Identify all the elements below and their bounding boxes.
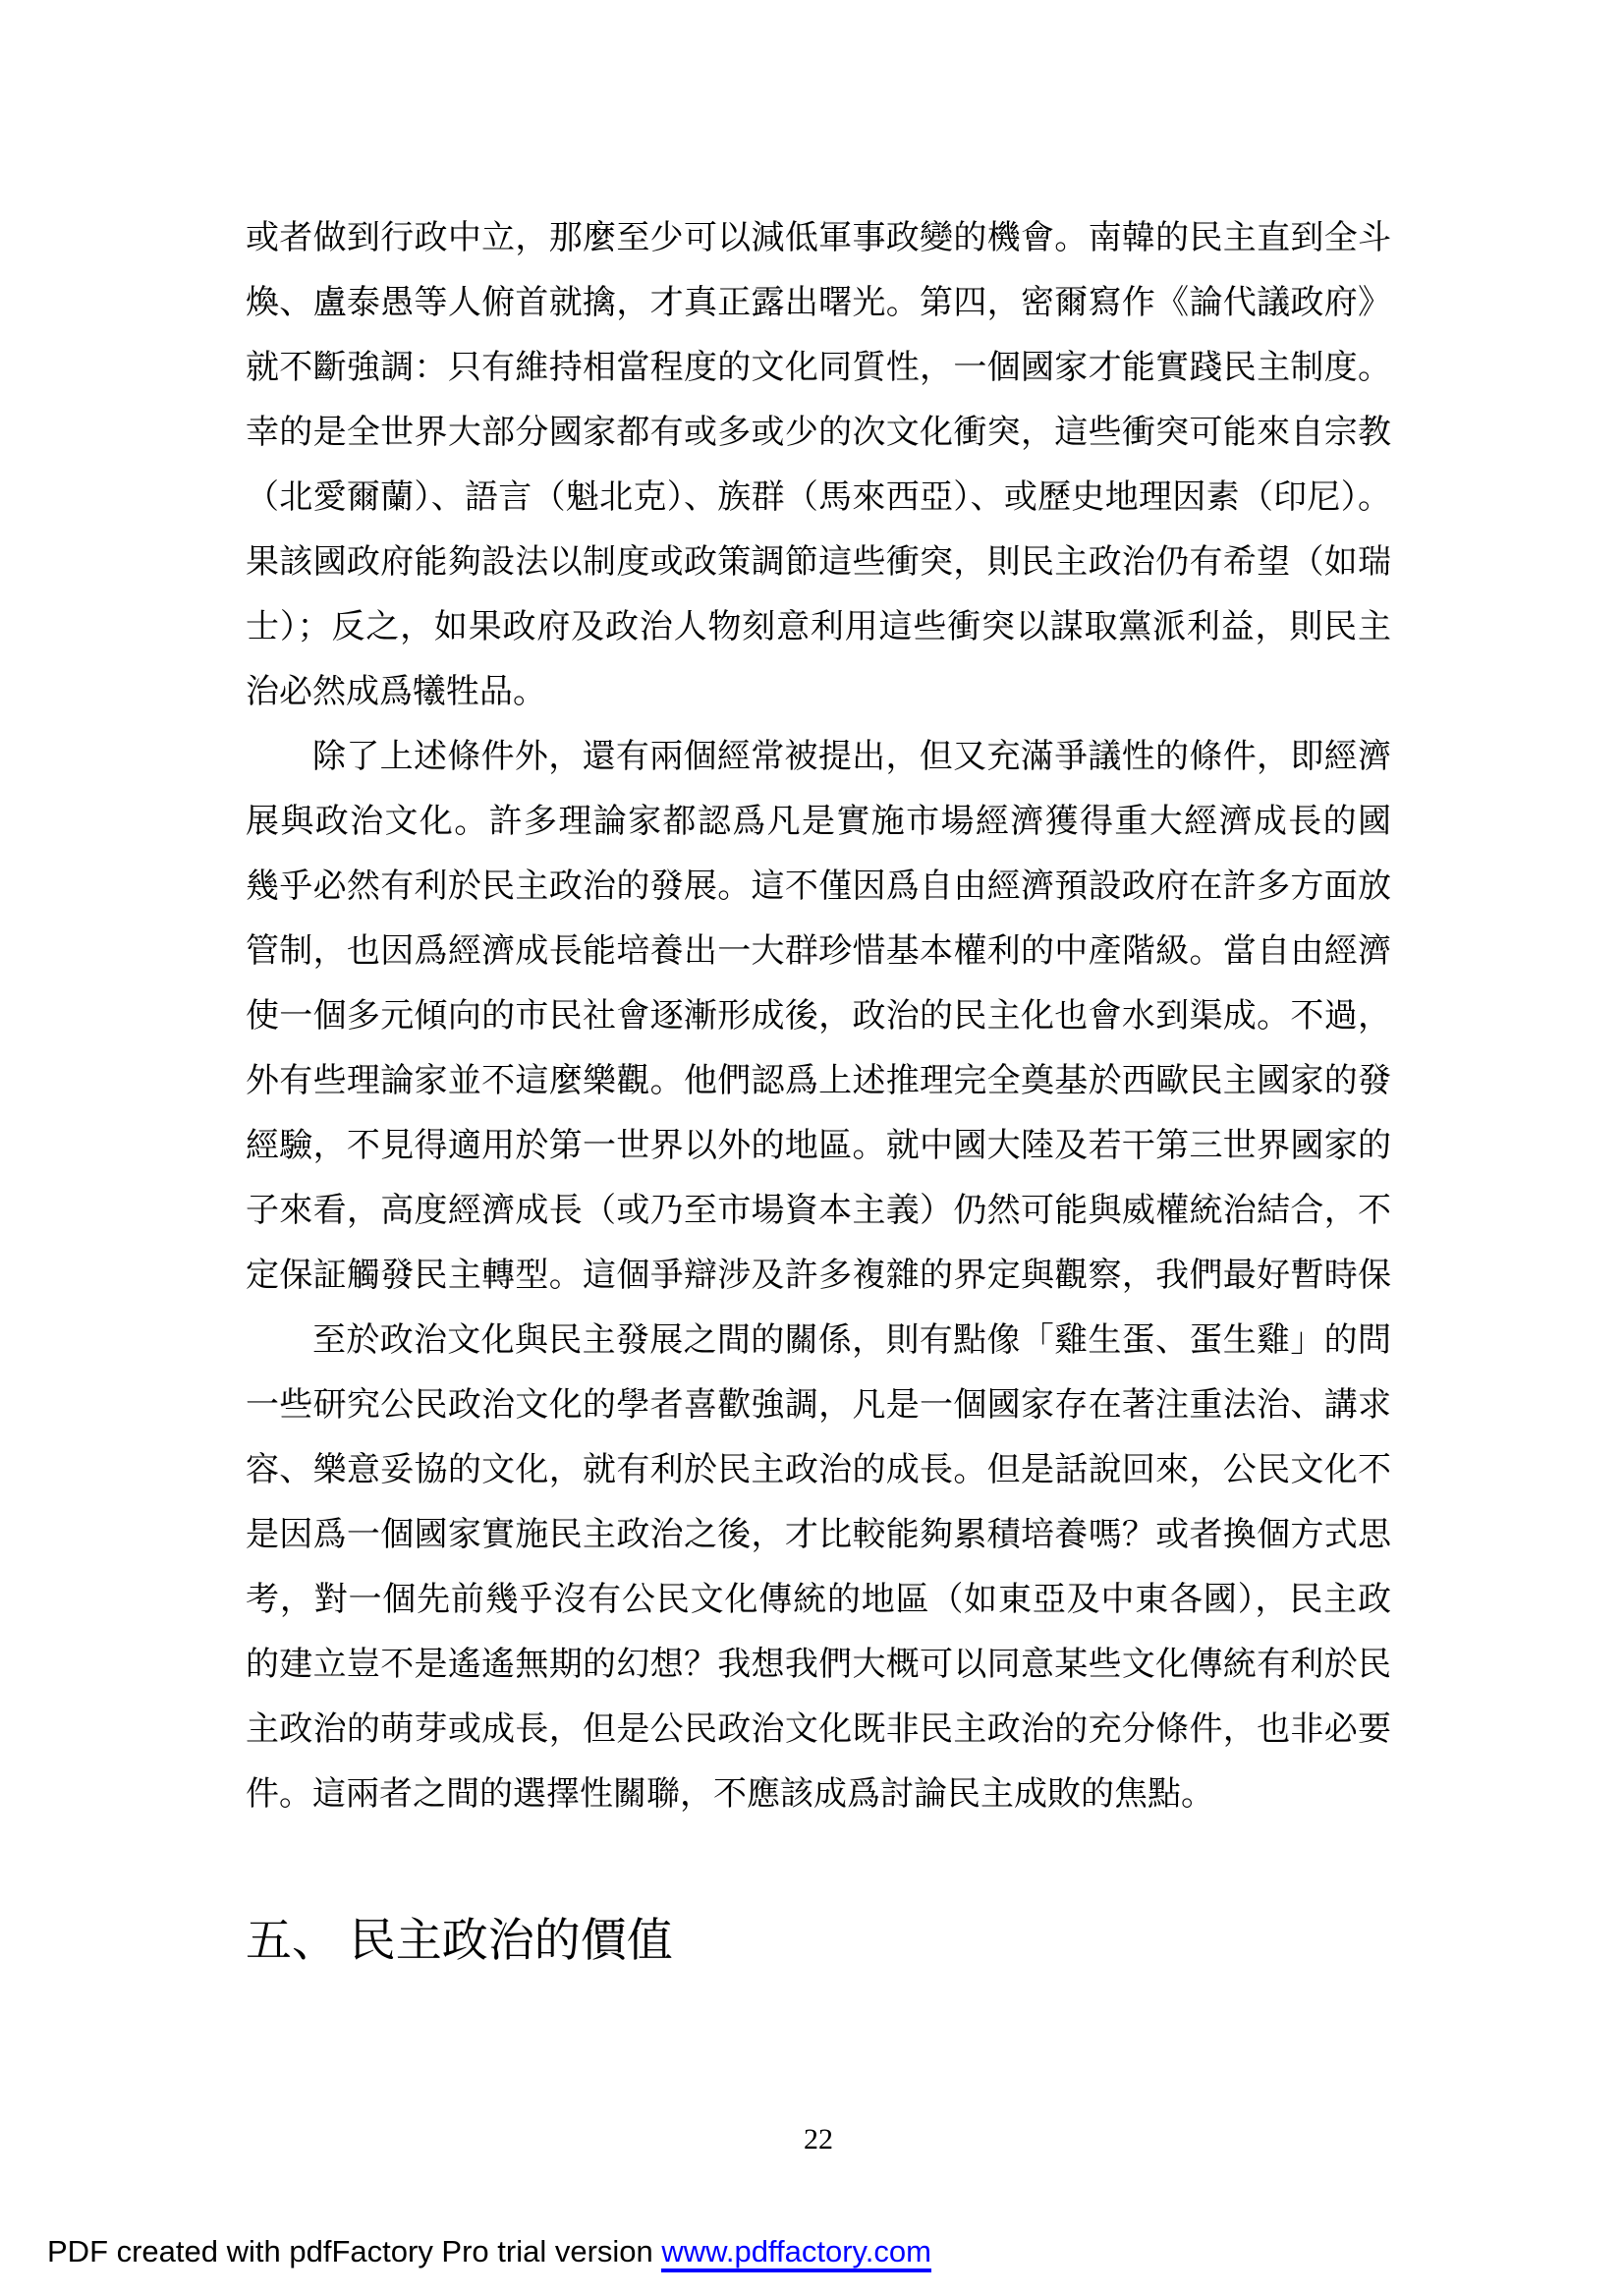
text-line: 治必然成爲犧牲品。 <box>246 660 1391 725</box>
text-line: 或者做到行政中立，那麼至少可以減低軍事政變的機會。南韓的民主直到全斗 <box>246 206 1391 271</box>
footer-text: PDF created with pdfFactory Pro trial ve… <box>47 2234 661 2268</box>
text-line: 展與政治文化。許多理論家都認爲凡是實施市場經濟獲得重大經濟成長的國度， <box>246 790 1391 855</box>
text-line: （北愛爾蘭）、語言（魁北克）、族群（馬來西亞）、或歷史地理因素（印尼）。如 <box>246 466 1391 531</box>
paragraph: 至於政治文化與民主發展之間的關係，則有點像「雞生蛋、蛋生雞」的問題。一些研究公民… <box>246 1309 1391 1827</box>
text-line: 主政治的萌芽或成長，但是公民政治文化既非民主政治的充分條件，也非必要條 <box>246 1698 1391 1763</box>
paragraph: 或者做到行政中立，那麼至少可以減低軍事政變的機會。南韓的民主直到全斗煥、盧泰愚等… <box>246 206 1391 725</box>
text-line: 除了上述條件外，還有兩個經常被提出，但又充滿爭議性的條件，即經濟發 <box>246 725 1391 790</box>
text-line: 一些研究公民政治文化的學者喜歡強調，凡是一個國家存在著注重法治、講求寬 <box>246 1373 1391 1438</box>
text-line: 外有些理論家並不這麼樂觀。他們認爲上述推理完全奠基於西歐民主國家的發展 <box>246 1049 1391 1114</box>
text-line: 煥、盧泰愚等人俯首就擒，才真正露出曙光。第四，密爾寫作《論代議政府》時 <box>246 271 1391 336</box>
pdffactory-footer: PDF created with pdfFactory Pro trial ve… <box>47 2232 931 2271</box>
text-line: 管制，也因爲經濟成長能培養出一大群珍惜基本權利的中產階級。當自由經濟促 <box>246 920 1391 984</box>
pdf-page: 或者做到行政中立，那麼至少可以減低軍事政變的機會。南韓的民主直到全斗煥、盧泰愚等… <box>0 0 1624 2296</box>
text-line: 至於政治文化與民主發展之間的關係，則有點像「雞生蛋、蛋生雞」的問題。 <box>246 1309 1391 1373</box>
text-line: 經驗，不見得適用於第一世界以外的地區。就中國大陸及若干第三世界國家的例 <box>246 1114 1391 1179</box>
text-line: 幾乎必然有利於民主政治的發展。這不僅因爲自由經濟預設政府在許多方面放寬 <box>246 855 1391 920</box>
page-number: 22 <box>246 2122 1391 2157</box>
text-line: 定保証觸發民主轉型。這個爭辯涉及許多複雜的界定與觀察，我們最好暫時保留。 <box>246 1244 1391 1309</box>
text-line: 容、樂意妥協的文化，就有利於民主政治的成長。但是話說回來，公民文化不也 <box>246 1438 1391 1503</box>
text-line: 就不斷強調：只有維持相當程度的文化同質性，一個國家才能實踐民主制度。不 <box>246 336 1391 401</box>
text-line: 考，對一個先前幾乎沒有公民文化傳統的地區（如東亞及中東各國），民主政治 <box>246 1568 1391 1633</box>
text-line: 士）；反之，如果政府及政治人物刻意利用這些衝突以謀取黨派利益，則民主政 <box>246 595 1391 660</box>
text-line: 件。這兩者之間的選擇性關聯，不應該成爲討論民主成敗的焦點。 <box>246 1763 1391 1827</box>
footer-link[interactable]: www.pdffactory.com <box>661 2234 931 2272</box>
section-heading: 五、 民主政治的價值 <box>246 1912 1391 1971</box>
text-line: 子來看，高度經濟成長（或乃至市場資本主義）仍然可能與威權統治結合，不一 <box>246 1179 1391 1244</box>
text-line: 使一個多元傾向的市民社會逐漸形成後，政治的民主化也會水到渠成。不過，另 <box>246 984 1391 1049</box>
document-body: 或者做到行政中立，那麼至少可以減低軍事政變的機會。南韓的民主直到全斗煥、盧泰愚等… <box>246 206 1391 1971</box>
text-line: 幸的是全世界大部分國家都有或多或少的次文化衝突，這些衝突可能來自宗教 <box>246 401 1391 466</box>
paragraph: 除了上述條件外，還有兩個經常被提出，但又充滿爭議性的條件，即經濟發展與政治文化。… <box>246 725 1391 1309</box>
text-line: 的建立豈不是遙遙無期的幻想？我想我們大概可以同意某些文化傳統有利於民 <box>246 1633 1391 1698</box>
paragraphs-container: 或者做到行政中立，那麼至少可以減低軍事政變的機會。南韓的民主直到全斗煥、盧泰愚等… <box>246 206 1391 1827</box>
text-line: 果該國政府能夠設法以制度或政策調節這些衝突，則民主政治仍有希望（如瑞 <box>246 531 1391 595</box>
text-line: 是因爲一個國家實施民主政治之後，才比較能夠累積培養嗎？或者換個方式思 <box>246 1503 1391 1568</box>
